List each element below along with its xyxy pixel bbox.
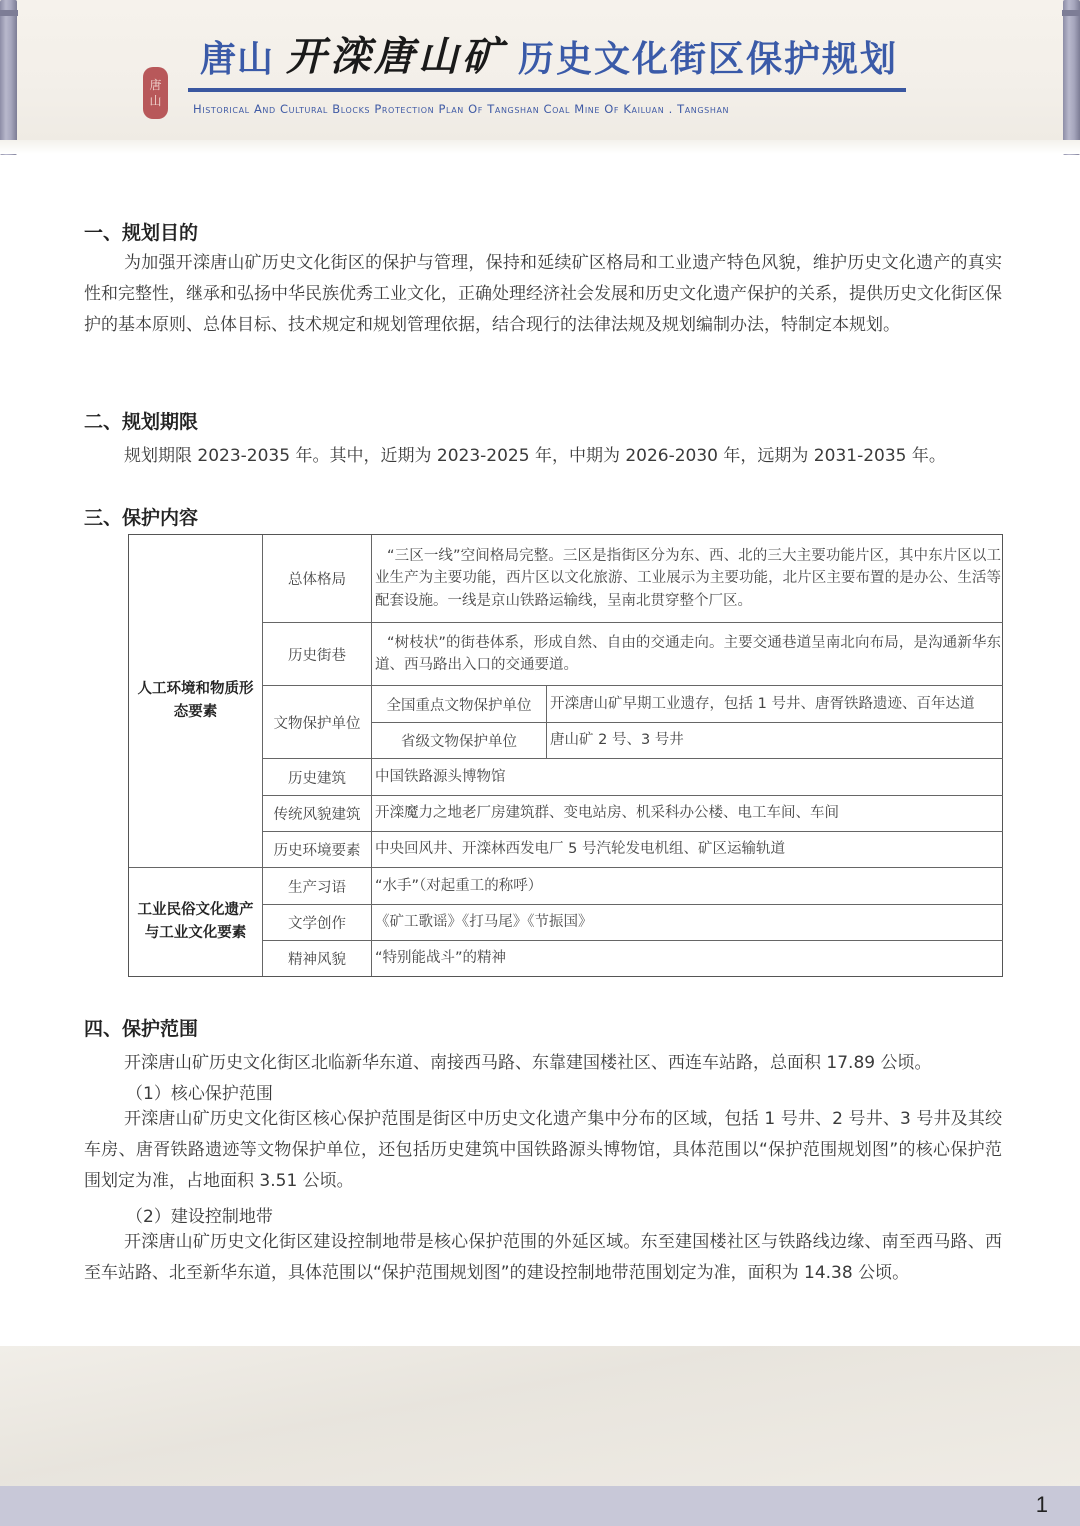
scroll-rod-right-decoration — [1063, 0, 1080, 155]
table-row-item: 文学创作 — [262, 904, 371, 940]
title-divider — [188, 88, 906, 92]
section-body-scope-intro: 开滦唐山矿历史文化街区北临新华东道、南接西马路、东靠建国楼社区、西连车站路，总面… — [124, 1048, 931, 1073]
section-heading-period: 二、规划期限 — [84, 407, 198, 434]
section-heading-scope: 四、保护范围 — [84, 1014, 198, 1041]
table-row-item: 精神风貌 — [262, 940, 371, 976]
scroll-rod-left-decoration — [0, 0, 17, 155]
table-subrow-label: 省级文物保护单位 — [371, 722, 546, 758]
section-body-purpose: 为加强开滦唐山矿历史文化街区的保护与管理，保持和延续矿区格局和工业遗产特色风貌，… — [84, 248, 1002, 341]
english-subtitle: Historical And Cultural Blocks Protectio… — [193, 102, 729, 116]
protection-content-table: 人工环境和物质形态要素 工业民俗文化遗产与工业文化要素 总体格局 “三区一线”空… — [128, 534, 1003, 977]
table-row-content: “特别能战斗”的精神 — [371, 940, 1003, 976]
footer-bar — [0, 1486, 1080, 1526]
table-subrow-label: 全国重点文物保护单位 — [371, 685, 546, 722]
footer-background-photo — [0, 1346, 1080, 1486]
table-row-content: 开滦魔力之地老厂房建筑群、变电站房、机采科办公楼、电工车间、车间 — [371, 795, 1003, 831]
table-subrow-content: 开滦唐山矿早期工业遗存，包括 1 号井、唐胥铁路遗迹、百年达道 — [546, 685, 1003, 722]
section-body-period: 规划期限 2023-2035 年。其中，近期为 2023-2025 年，中期为 … — [124, 441, 946, 466]
table-row-content: “三区一线”空间格局完整。三区是指街区分为东、西、北的三大主要功能片区，其中东片… — [371, 535, 1003, 622]
subsection-title-core: （1）核心保护范围 — [126, 1079, 273, 1104]
page-title: 唐山 开滦唐山矿 历史文化街区保护规划 — [200, 34, 898, 82]
table-row-item: 传统风貌建筑 — [262, 795, 371, 831]
table-group-label: 人工环境和物质形态要素 — [129, 535, 262, 867]
table-row-item: 总体格局 — [262, 535, 371, 622]
seal-char: 唐 — [149, 77, 161, 93]
section-heading-content: 三、保护内容 — [84, 503, 198, 530]
header-banner: 唐 山 唐山 开滦唐山矿 历史文化街区保护规划 Historical And C… — [0, 0, 1080, 140]
seal-stamp-icon: 唐 山 — [143, 67, 168, 119]
subsection-body-control: 开滦唐山矿历史文化街区建设控制地带是核心保护范围的外延区域。东至建国楼社区与铁路… — [84, 1227, 1002, 1289]
title-calligraphy: 开滦唐山矿 — [286, 25, 506, 82]
table-row-content: 中国铁路源头博物馆 — [371, 758, 1003, 795]
table-row-content: “水手”（对起重工的称呼） — [371, 867, 1003, 904]
table-subrow-content: 唐山矿 2 号、3 号井 — [546, 722, 1003, 758]
subsection-title-control: （2）建设控制地带 — [126, 1202, 273, 1227]
section-heading-purpose: 一、规划目的 — [84, 218, 198, 245]
table-row-item: 历史环境要素 — [262, 831, 371, 867]
table-row-item: 文物保护单位 — [262, 685, 371, 758]
title-prefix: 唐山 — [200, 31, 274, 82]
subsection-body-core: 开滦唐山矿历史文化街区核心保护范围是街区中历史文化遗产集中分布的区域，包括 1 … — [84, 1104, 1002, 1197]
page-number: 1 — [1036, 1492, 1048, 1518]
table-row-content: 《矿工歌谣》《打马尾》《节振国》 — [371, 904, 1003, 940]
table-row-item: 生产习语 — [262, 867, 371, 904]
table-row-item: 历史建筑 — [262, 758, 371, 795]
table-row-content: “树枝状”的街巷体系，形成自然、自由的交通走向。主要交通巷道呈南北向布局，是沟通… — [371, 622, 1003, 685]
table-group-label: 工业民俗文化遗产与工业文化要素 — [129, 867, 262, 976]
table-row-content: 中央回风井、开滦林西发电厂 5 号汽轮发电机组、矿区运输轨道 — [371, 831, 1003, 867]
seal-char: 山 — [149, 93, 161, 109]
table-row-item: 历史街巷 — [262, 622, 371, 685]
title-suffix: 历史文化街区保护规划 — [518, 31, 898, 82]
